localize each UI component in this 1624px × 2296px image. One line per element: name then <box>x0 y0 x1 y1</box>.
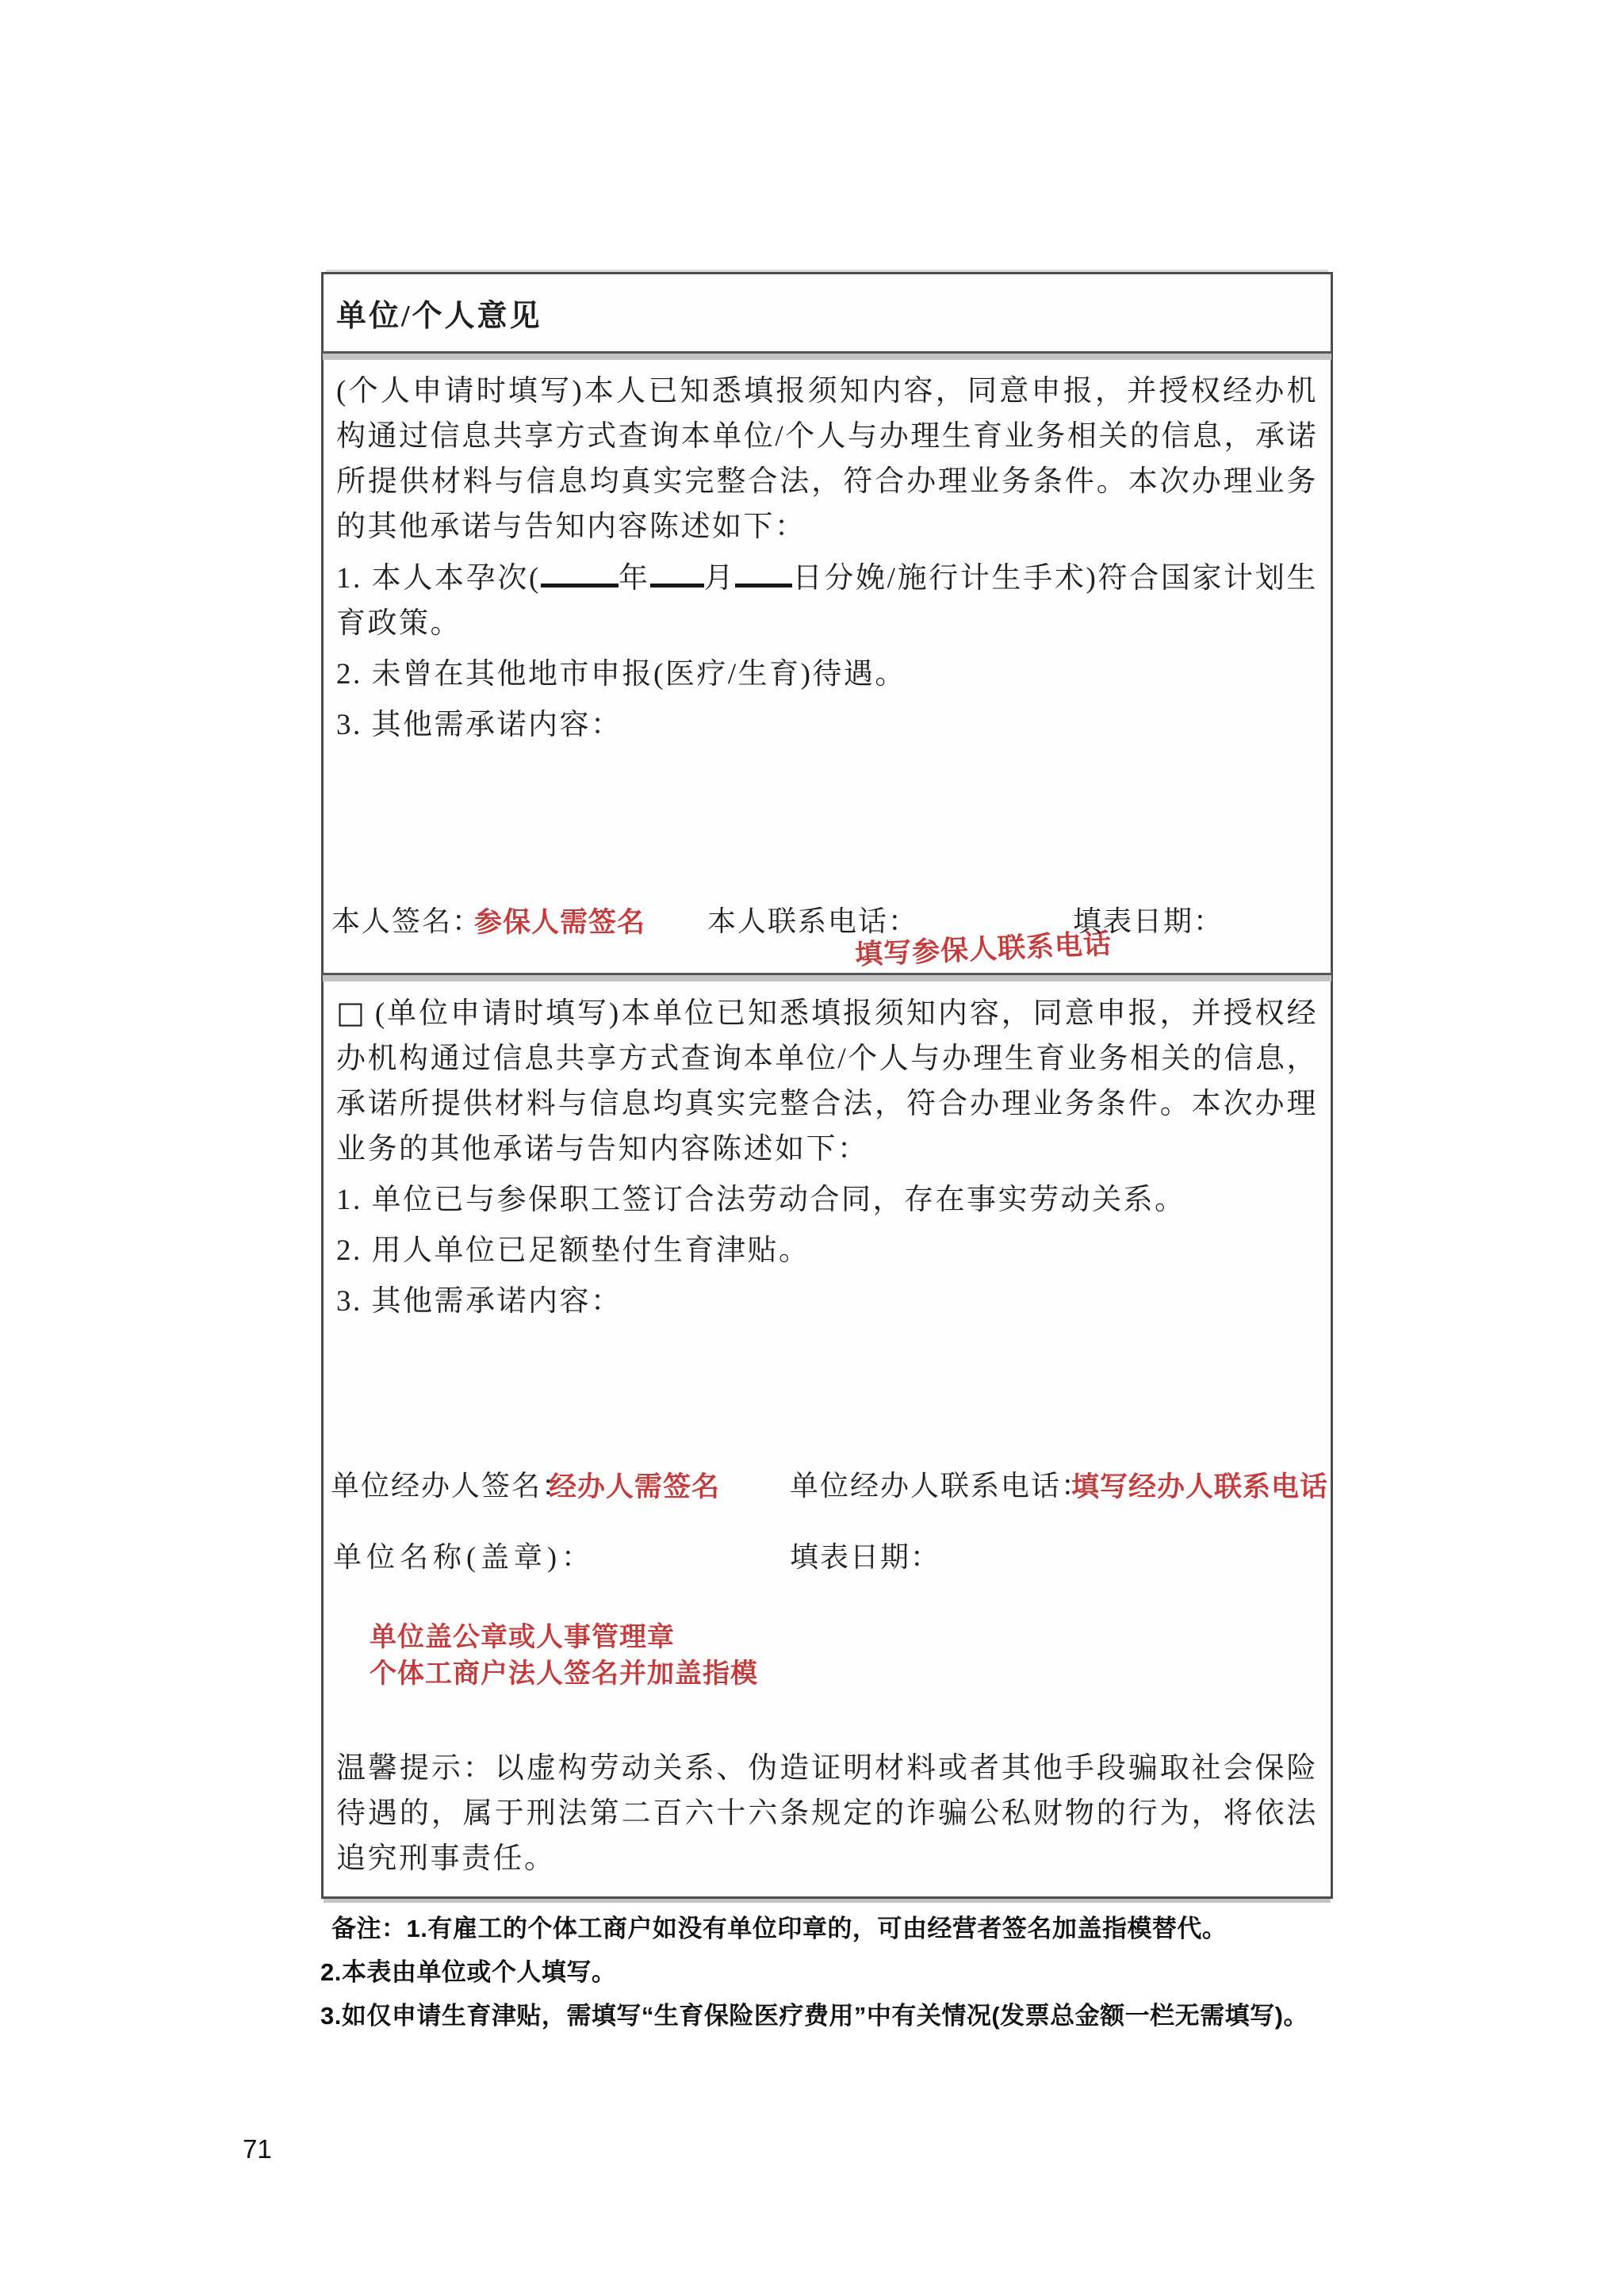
blank-line-day <box>735 555 792 587</box>
notes: 备注：1.有雇工的个体工商户如没有单位印章的，可由经营者签名加盖指模替代。 2.… <box>320 1915 1367 2046</box>
stamp-hint: 单位盖公章或人事管理章 个体工商户法人签名并加盖指模 <box>370 1619 758 1692</box>
self-sign-hint: 参保人需签名 <box>474 901 645 940</box>
blank-line-year <box>541 555 619 587</box>
opinion-table: 单位/个人意见 (个人申请时填写)本人已知悉填报须知内容，同意申报，并授权经办机… <box>321 272 1333 1899</box>
item1-month-label: 月 <box>704 562 736 595</box>
unit-section: □(单位申请时填写)本单位已知悉填报须知内容，同意申报，并授权经办机构通过信息共… <box>336 990 1318 1324</box>
warning-text: 温馨提示：以虚构劳动关系、伪造证明材料或者其他手段骗取社会保险待遇的，属于刑法第… <box>336 1746 1318 1881</box>
blank-line-month <box>650 555 704 587</box>
item1-year-label: 年 <box>619 562 650 595</box>
unit-sign-label: 单位经办人签名： <box>331 1464 572 1504</box>
document-page: 单位/个人意见 (个人申请时填写)本人已知悉填报须知内容，同意申报，并授权经办机… <box>0 0 1624 2296</box>
self-sign-label: 本人签名： <box>331 899 482 939</box>
page-number: 71 <box>243 2134 272 2164</box>
individual-signature-row: 本人签名： 参保人需签名 本人联系电话： 填写参保人联系电话 填表日期： <box>324 899 1331 948</box>
unit-intro-text: (单位申请时填写)本单位已知悉填报须知内容，同意申报，并授权经办机构通过信息共享… <box>336 997 1318 1165</box>
unit-intro: □(单位申请时填写)本单位已知悉填报须知内容，同意申报，并授权经办机构通过信息共… <box>336 990 1318 1172</box>
individual-item2: 2. 未曾在其他地市申报(医疗/生育)待遇。 <box>336 652 1318 697</box>
unit-item3: 3. 其他需承诺内容： <box>336 1279 1318 1324</box>
unit-item2: 2. 用人单位已足额垫付生育津贴。 <box>336 1228 1318 1273</box>
note-line-1: 备注：1.有雇工的个体工商户如没有单位印章的，可由经营者签名加盖指模替代。 <box>320 1915 1367 1942</box>
unit-signature-row: 单位经办人签名： 经办人需签名 单位经办人联系电话： 填写经办人联系电话 <box>324 1464 1331 1513</box>
individual-section: (个人申请时填写)本人已知悉填报须知内容，同意申报，并授权经办机构通过信息共享方… <box>336 369 1318 748</box>
unit-phone-hint: 填写经办人联系电话 <box>1071 1465 1328 1505</box>
stamp-hint-line2: 个体工商户法人签名并加盖指模 <box>370 1655 758 1692</box>
table-header: 单位/个人意见 <box>324 274 1331 351</box>
unit-name-row: 单位名称(盖章)： 填表日期： <box>324 1535 1331 1584</box>
unit-phone-label: 单位经办人联系电话： <box>790 1464 1091 1504</box>
checkbox-icon: □ <box>336 995 367 1030</box>
note-line-3: 3.如仅申请生育津贴，需填写“生育保险医疗费用”中有关情况(发票总金额一栏无需填… <box>320 2003 1367 2030</box>
individual-item3: 3. 其他需承诺内容： <box>336 702 1318 748</box>
header-divider <box>323 351 1331 360</box>
unit-name-label: 单位名称(盖章)： <box>333 1535 595 1575</box>
item1-prefix: 1. 本人本孕次( <box>336 562 541 595</box>
section-divider <box>323 973 1331 982</box>
individual-intro: (个人申请时填写)本人已知悉填报须知内容，同意申报，并授权经办机构通过信息共享方… <box>336 369 1318 549</box>
table-header-text: 单位/个人意见 <box>336 291 542 335</box>
individual-item1: 1. 本人本孕次(年月日分娩/施行计生手术)符合国家计划生育政策。 <box>336 555 1318 646</box>
stamp-hint-line1: 单位盖公章或人事管理章 <box>370 1619 758 1655</box>
unit-sign-hint: 经办人需签名 <box>549 1465 720 1505</box>
unit-date-label: 填表日期： <box>790 1535 940 1575</box>
note-line-2: 2.本表由单位或个人填写。 <box>320 1959 1367 1986</box>
self-date-label: 填表日期： <box>1073 899 1224 939</box>
unit-item1: 1. 单位已与参保职工签订合法劳动合同，存在事实劳动关系。 <box>336 1177 1318 1223</box>
